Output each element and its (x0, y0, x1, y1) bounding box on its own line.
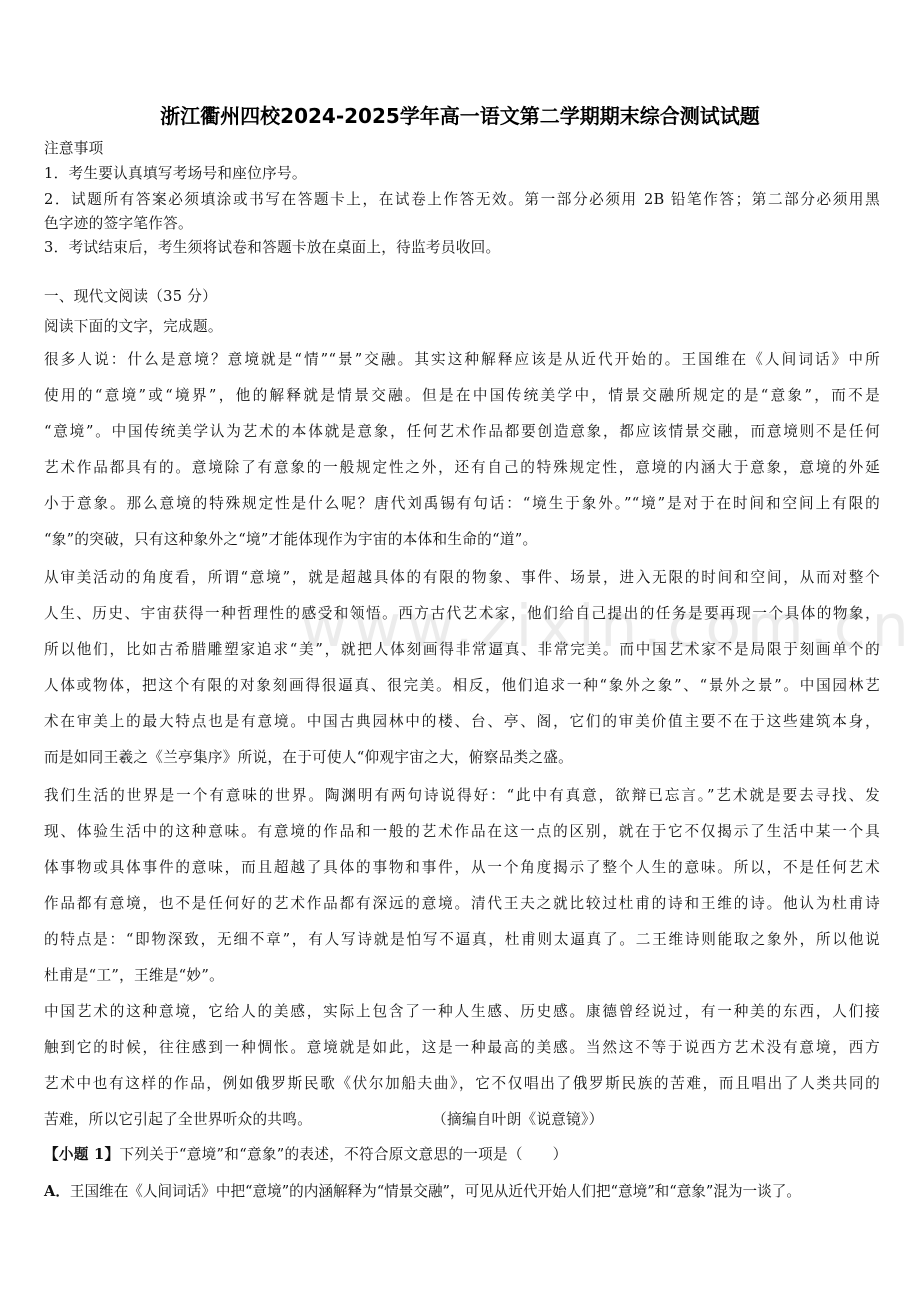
option-text: 王国维在《人间词话》中把“意境”的内涵解释为“情景交融”，可见从近代开始人们把“… (70, 1183, 801, 1200)
passage-line: 艺术作品都具有的。意境除了有意象的一般规定性之外，还有自己的特殊规定性，意境的内… (44, 456, 880, 477)
passage-line: 从审美活动的角度看，所谓“意境”，就是超越具体的有限的物象、事件、场景，进入无限… (44, 566, 880, 587)
passage-line: 苦难，所以它引起了全世界听众的共鸣。 (44, 1111, 312, 1128)
section-heading: 一、现代文阅读（35 分） (44, 285, 880, 306)
passage-line: 所以他们，比如古希腊雕塑家追求“美”，就把人体刻画得非常逼真、非常完美。而中国艺… (44, 638, 880, 659)
passage-last-line: 苦难，所以它引起了全世界听众的共鸣。（摘编自叶朗《说意镜》） (44, 1108, 880, 1129)
passage-line: 艺术中也有这样的作品，例如俄罗斯民歌《伏尔加船夫曲》，它不仅唱出了俄罗斯民族的苦… (44, 1072, 880, 1093)
passage-line: “象”的突破，只有这种象外之“境”才能体现作为宇宙的本体和生命的“道”。 (44, 528, 880, 549)
section-instruction: 阅读下面的文字，完成题。 (44, 315, 880, 336)
question-1: 【小题 1】下列关于“意境”和“意象”的表述，不符合原文意思的一项是（ ） (44, 1143, 880, 1164)
passage-line: 小于意象。那么意境的特殊规定性是什么呢？唐代刘禹锡有句话：“境生于象外。”“境”… (44, 492, 880, 513)
exam-page: www.zixin.com.cn 浙江衢州四校2024-2025学年高一语文第二… (0, 0, 920, 1302)
passage-line: 体事物或具体事件的意味，而且超越了具体的事物和事件，从一个角度揭示了整个人生的意… (44, 856, 880, 877)
passage-source: （摘编自叶朗《说意镜》） (432, 1108, 603, 1129)
notice-item-3: 3．考试结束后，考生须将试卷和答题卡放在桌面上，待监考员收回。 (44, 236, 880, 257)
option-label: A． (44, 1183, 70, 1200)
notice-item-1: 1．考生要认真填写考场号和座位序号。 (44, 162, 880, 183)
passage-line: 杜甫是“工”，王维是“妙”。 (44, 964, 880, 985)
passage-line: 术在审美上的最大特点也是有意境。中国古典园林中的楼、台、亭、阁，它们的审美价值主… (44, 710, 880, 731)
passage-line: 人生、历史、宇宙获得一种哲理性的感受和领悟。西方古代艺术家，他们给自己提出的任务… (44, 602, 880, 623)
passage-line: 人体或物体，把这个有限的对象刻画得很逼真、很完美。相反，他们追求一种“象外之象”… (44, 674, 880, 695)
notice-heading: 注意事项 (44, 137, 880, 158)
passage-line: 我们生活的世界是一个有意味的世界。陶渊明有两句诗说得好：“此中有真意，欲辩已忘言… (44, 784, 880, 805)
passage-line: 现、体验生活中的这种意味。有意境的作品和一般的艺术作品在这一点的区别，就在于它不… (44, 820, 880, 841)
passage-line: 作品都有意境，也不是任何好的艺术作品都有深远的意境。清代王夫之就比较过杜甫的诗和… (44, 892, 880, 913)
passage-line: 很多人说：什么是意境？意境就是“情”“景”交融。其实这种解释应该是从近代开始的。… (44, 348, 880, 369)
passage-line: 而是如同王羲之《兰亭集序》所说，在于可使人“仰观宇宙之大，俯察品类之盛。 (44, 746, 880, 767)
notice-item-2-cont: 色字迹的签字笔作答。 (44, 212, 880, 233)
passage-line: 使用的“意境”或“境界”，他的解释就是情景交融。但是在中国传统美学中，情景交融所… (44, 384, 880, 405)
passage-line: 的特点是：“即物深致，无细不章”，有人写诗就是怕写不逼真，杜甫则太逼真了。二王维… (44, 928, 880, 949)
passage-line: 触到它的时候，往往感到一种惆怅。意境就是如此，这是一种最高的美感。当然这不等于说… (44, 1036, 880, 1057)
notice-item-2: 2．试题所有答案必须填涂或书写在答题卡上，在试卷上作答无效。第一部分必须用 2B… (44, 188, 880, 209)
passage-line: “意境”。中国传统美学认为艺术的本体就是意象，任何艺术作品都要创造意象，都应该情… (44, 420, 880, 441)
question-label: 【小题 1】 (44, 1146, 119, 1163)
question-1-option-a: A．王国维在《人间词话》中把“意境”的内涵解释为“情景交融”，可见从近代开始人们… (44, 1180, 880, 1201)
page-title: 浙江衢州四校2024-2025学年高一语文第二学期期末综合测试试题 (0, 100, 920, 129)
passage-line: 中国艺术的这种意境，它给人的美感，实际上包含了一种人生感、历史感。康德曾经说过，… (44, 1000, 880, 1021)
question-stem: 下列关于“意境”和“意象”的表述，不符合原文意思的一项是（ ） (119, 1146, 567, 1163)
